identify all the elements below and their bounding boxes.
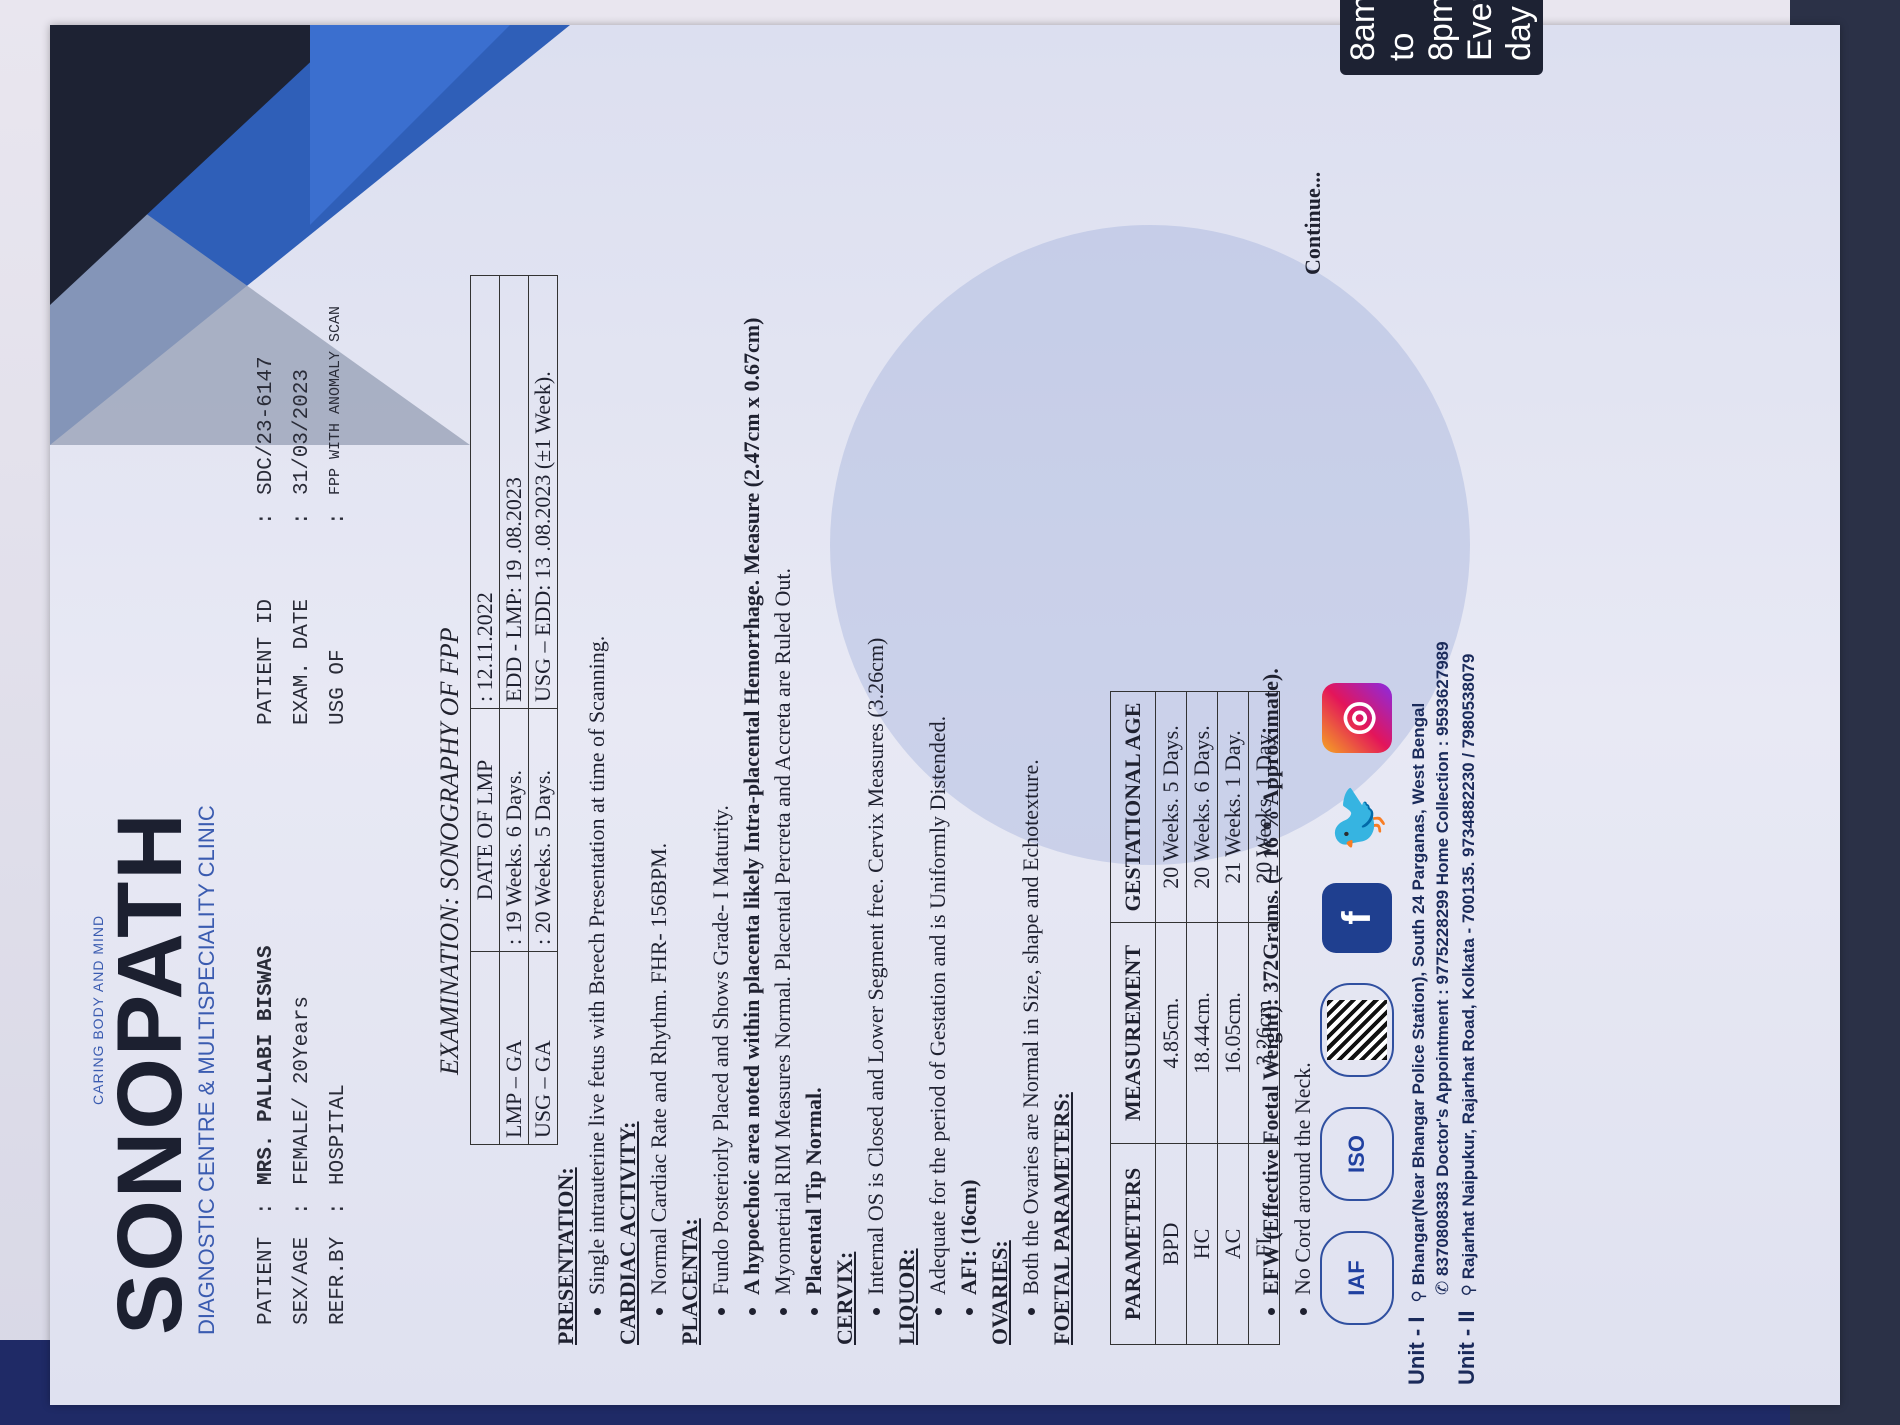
liquor-heading: LIQUOR: — [891, 105, 922, 1345]
patient-name: MRS. PALLABI BISWAS — [255, 725, 291, 1185]
table-row: HC18.44cm.20 Weeks. 6 Days. — [1187, 692, 1218, 1345]
foetal-heading: FOETAL PARAMETERS: — [1046, 105, 1077, 1345]
patient-name-label: PATIENT — [255, 1215, 291, 1325]
clinic-logo: CARING BODY AND MIND SONOPATH DIAGNOSTIC… — [90, 805, 220, 1335]
twitter-icon: 🐦 — [1322, 783, 1392, 853]
cord-item: No Cord around the Neck. — [1287, 668, 1319, 1295]
date-of-lmp-label: DATE OF LMP — [471, 709, 500, 952]
iaf-badge-icon: IAF — [1320, 1231, 1394, 1325]
placenta-heading: PLACENTA: — [674, 105, 705, 1345]
exam-date: 31/03/2023 — [291, 369, 327, 495]
lmp-table: DATE OF LMP : 12.11.2022 LMP – GA : 19 W… — [470, 275, 558, 1145]
presentation-heading: PRESENTATION: — [550, 105, 581, 1345]
col-header: PARAMETERS — [1111, 1144, 1156, 1345]
table-row: AC16.05cm.21 Weeks. 1 Day. — [1218, 692, 1249, 1345]
list-item: Both the Ovaries are Normal in Size, sha… — [1015, 105, 1046, 1295]
sex-age-label: SEX/AGE — [291, 1215, 327, 1325]
cardiac-heading: CARDIAC ACTIVITY: — [612, 105, 643, 1345]
location-pin-icon: ⚲ — [1459, 1279, 1478, 1296]
location-pin-icon: ⚲ — [1409, 1285, 1428, 1302]
col-header: GESTATIONAL AGE — [1111, 692, 1156, 923]
list-item: Placental Tip Normal. — [798, 105, 829, 1295]
list-item: AFI: (16cm) — [953, 105, 984, 1295]
usg-of-label: USG OF — [327, 525, 363, 725]
efw-item: EFW (Effective Foetal Weight): 372Grams.… — [1255, 668, 1287, 1295]
refr-by: HOSPITAL — [327, 725, 363, 1185]
cervix-heading: CERVIX: — [829, 105, 860, 1345]
ovaries-heading: OVARIES: — [984, 105, 1015, 1345]
usg-of: FPP WITH ANOMALY SCAN — [327, 306, 363, 495]
opening-hours: 8am to 8pm Every day — [1340, 0, 1543, 75]
list-item: Internal OS is Closed and Lower Segment … — [860, 105, 891, 1295]
list-item: Myometrial RIM Measures Normal. Placenta… — [767, 105, 798, 1295]
date-of-lmp: : 12.11.2022 — [471, 276, 500, 709]
patient-id: SDC/23-6147 — [255, 356, 291, 495]
clinic-brand: SONOPATH — [106, 805, 194, 1335]
list-item: Single intrauterine live fetus with Bree… — [581, 105, 612, 1295]
sex-age: FEMALE/ 20Years — [291, 725, 327, 1185]
findings: PRESENTATION: Single intrauterine live f… — [550, 105, 1077, 1345]
col-header: MEASUREMENT — [1111, 923, 1156, 1144]
report-sheet: CARING BODY AND MIND SONOPATH DIAGNOSTIC… — [50, 25, 1840, 1405]
footer-address: Unit - I⚲ Bhangar(Near Bhangar Police St… — [1405, 641, 1481, 1385]
refr-by-label: REFR.BY — [327, 1215, 363, 1325]
exam-date-label: EXAM. DATE — [291, 525, 327, 725]
list-item: Fundo Posteriorly Placed and Shows Grade… — [705, 105, 736, 1295]
whatsapp-icon: ✆ — [1433, 1276, 1452, 1295]
unit1-label: Unit - I — [1404, 1317, 1429, 1385]
list-item: Adequate for the period of Gestation and… — [922, 105, 953, 1295]
table-row: BPD4.85cm.20 Weeks. 5 Days. — [1156, 692, 1187, 1345]
badges-row: IAF ISO f 🐦 ◎ — [1320, 683, 1394, 1325]
clinic-subtitle: DIAGNOSTIC CENTRE & MULTISPECIALITY CLIN… — [194, 805, 220, 1335]
list-item: Normal Cardiac Rate and Rhythm. FHR- 156… — [643, 105, 674, 1295]
additional-findings: EFW (Effective Foetal Weight): 372Grams.… — [1255, 668, 1319, 1345]
continue-label: Continue... — [1300, 172, 1326, 275]
facebook-icon: f — [1322, 883, 1392, 953]
patient-info: PATIENT : MRS. PALLABI BISWAS PATIENT ID… — [255, 306, 363, 1325]
exam-title: EXAMINATION: SONOGRAPHY OF FPP — [435, 628, 465, 1075]
table-row: LMP – GA : 19 Weeks. 6 Days. EDD - LMP: … — [500, 276, 529, 1145]
qr-code-icon — [1320, 983, 1394, 1077]
unit2-label: Unit - II — [1454, 1310, 1479, 1385]
document-photo: CARING BODY AND MIND SONOPATH DIAGNOSTIC… — [0, 0, 1900, 1425]
patient-id-label: PATIENT ID — [255, 525, 291, 725]
iso-badge-icon: ISO — [1320, 1107, 1394, 1201]
instagram-icon: ◎ — [1322, 683, 1392, 753]
list-item: A hypoechoic area noted within placenta … — [736, 105, 767, 1295]
